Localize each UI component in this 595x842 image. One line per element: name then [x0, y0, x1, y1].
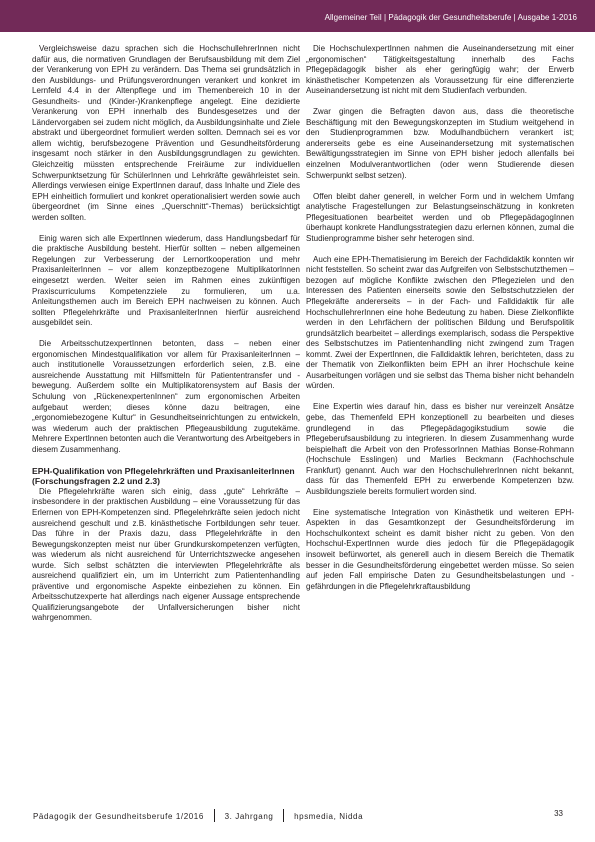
paragraph: Einig waren sich alle ExpertInnen wieder…	[32, 234, 300, 329]
header-bar: Allgemeiner Teil | Pädagogik der Gesundh…	[0, 0, 595, 32]
right-column: Die HochschulexpertInnen nahmen die Ause…	[306, 44, 574, 592]
paragraph: Eine Expertin wies darauf hin, dass es b…	[306, 402, 574, 497]
paragraph: Vergleichsweise dazu sprachen sich die H…	[32, 44, 300, 223]
paragraph: Auch eine EPH-Thematisierung im Bereich …	[306, 255, 574, 392]
running-title: Allgemeiner Teil | Pädagogik der Gesundh…	[325, 13, 577, 22]
volume: 3. Jahrgang	[225, 812, 274, 821]
paragraph: Die ArbeitsschutzexpertInnen betonten, d…	[32, 339, 300, 455]
paragraph: Offen bleibt daher generell, in welcher …	[306, 192, 574, 245]
paragraph: Zwar gingen die Befragten davon aus, das…	[306, 107, 574, 181]
paragraph: Eine systematische Integration von Kinäs…	[306, 508, 574, 592]
section-heading: EPH-Qualifikation von Pflegelehrkräften …	[32, 466, 300, 487]
divider	[283, 809, 284, 822]
divider	[214, 809, 215, 822]
page-number: 33	[554, 809, 563, 818]
publisher: hpsmedia, Nidda	[294, 812, 363, 821]
paragraph: Die HochschulexpertInnen nahmen die Ause…	[306, 44, 574, 97]
journal-name: Pädagogik der Gesundheitsberufe 1/2016	[33, 812, 204, 821]
page-footer: Pädagogik der Gesundheitsberufe 1/2016 3…	[33, 809, 563, 822]
paragraph: Die Pflegelehrkräfte waren sich einig, d…	[32, 487, 300, 624]
left-column: Vergleichsweise dazu sprachen sich die H…	[32, 44, 300, 624]
